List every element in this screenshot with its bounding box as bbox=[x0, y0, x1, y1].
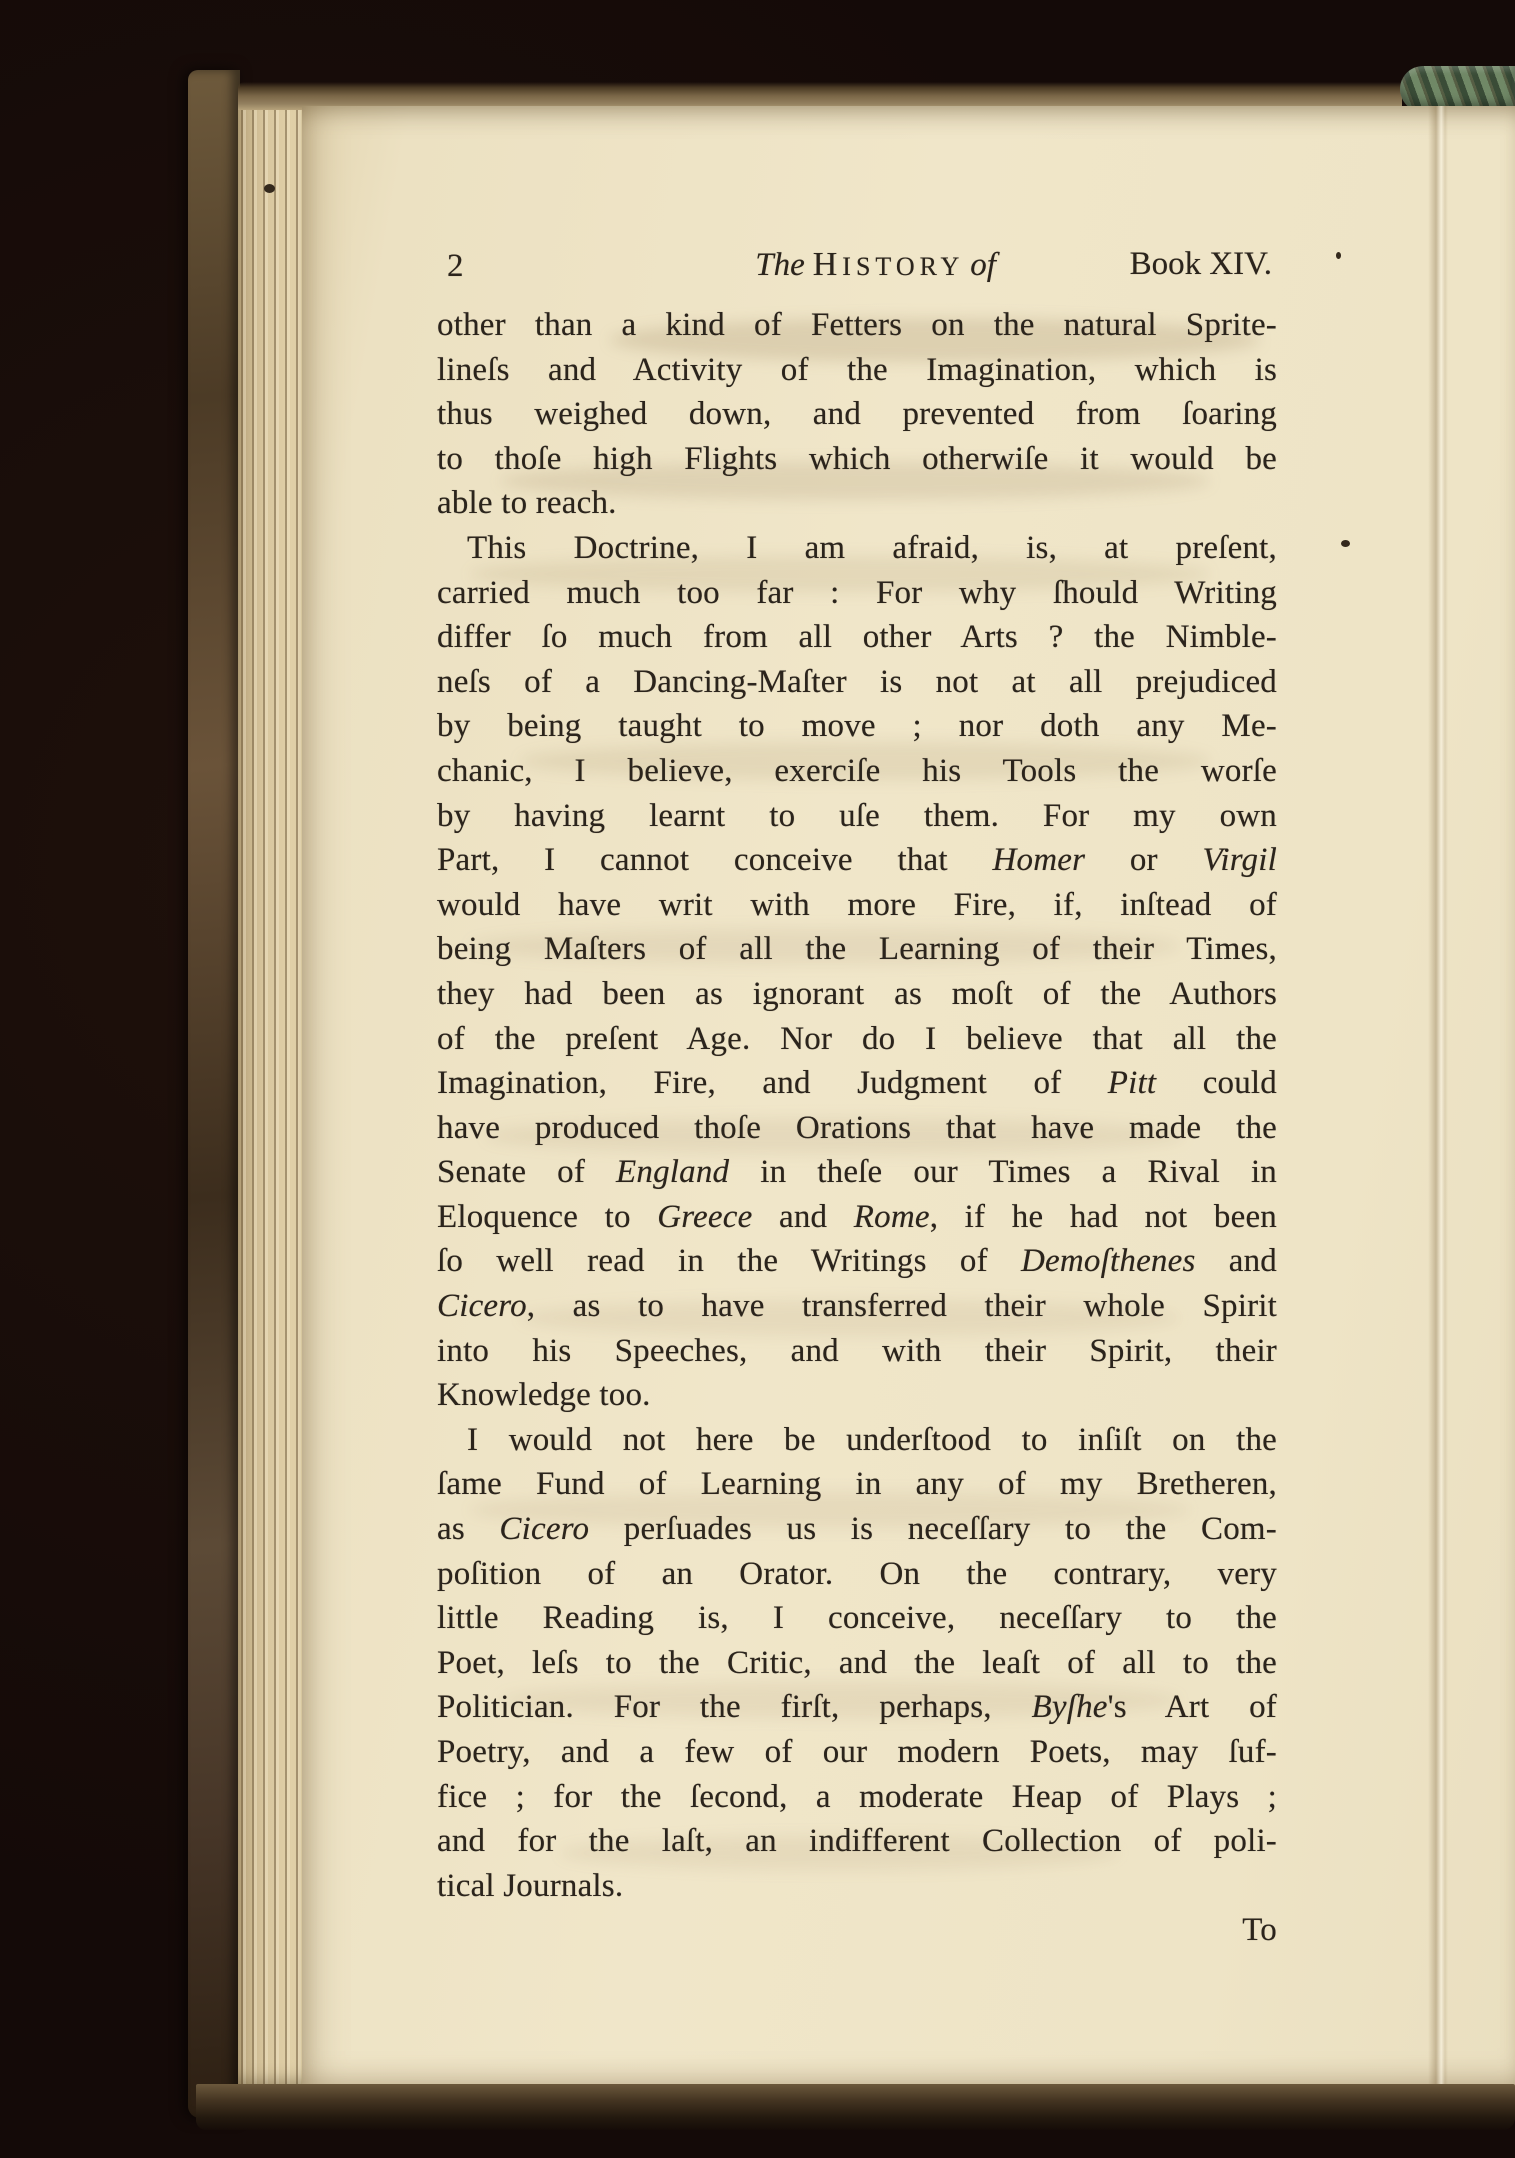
text-line: Senate of England in theſe our Times a R… bbox=[437, 1150, 1277, 1195]
text-line: This Doctrine, I am afraid, is, at preſe… bbox=[437, 526, 1277, 571]
text-segment: to thoſe high Flights which otherwiſe it… bbox=[437, 441, 1277, 477]
italic-text-segment: England bbox=[616, 1154, 729, 1190]
text-segment: chanic, I believe, exerciſe his Tools th… bbox=[437, 753, 1277, 789]
text-segment: 's Art of bbox=[1108, 1689, 1277, 1725]
text-segment: of the preſent Age. Nor do I believe tha… bbox=[437, 1021, 1277, 1057]
text-segment: Eloquence to bbox=[437, 1199, 657, 1235]
text-segment: being Maſters of all the Learning of the… bbox=[437, 931, 1277, 967]
text-segment: perſuades us is neceſſary to the Com- bbox=[589, 1511, 1277, 1547]
text-segment: by being taught to move ; nor doth any M… bbox=[437, 708, 1277, 744]
italic-text-segment: Rome bbox=[854, 1199, 930, 1235]
ink-speck bbox=[1336, 252, 1341, 259]
running-header: 2 TheHISTORYof Book XIV. bbox=[444, 246, 1274, 292]
text-segment: as bbox=[437, 1511, 499, 1547]
text-line: Poetry, and a few of our modern Poets, m… bbox=[437, 1730, 1277, 1775]
text-segment: thus weighed down, and prevented from ſo… bbox=[437, 396, 1277, 432]
text-line: and for the laſt, an indifferent Collect… bbox=[437, 1819, 1277, 1864]
text-segment: carried much too far : For why ſhould Wr… bbox=[437, 575, 1277, 611]
text-segment: Imagination, Fire, and Judgment of bbox=[437, 1065, 1108, 1101]
text-line: differ ſo much from all other Arts ? the… bbox=[437, 615, 1277, 660]
running-title-the: The bbox=[755, 247, 805, 283]
text-line: Knowledge too. bbox=[437, 1373, 1277, 1418]
text-segment: Senate of bbox=[437, 1154, 616, 1190]
text-segment: neſs of a Dancing-Maſter is not at all p… bbox=[437, 664, 1277, 700]
text-segment: they had been as ignorant as moſt of the… bbox=[437, 976, 1277, 1012]
text-line: carried much too far : For why ſhould Wr… bbox=[437, 571, 1277, 616]
text-line: by being taught to move ; nor doth any M… bbox=[437, 704, 1277, 749]
text-segment: could bbox=[1156, 1065, 1277, 1101]
text-line: Eloquence to Greece and Rome, if he had … bbox=[437, 1195, 1277, 1240]
page-crease bbox=[1428, 106, 1448, 2088]
text-segment: and bbox=[1196, 1243, 1278, 1279]
ink-speck bbox=[1341, 540, 1350, 547]
text-line: Politician. For the firſt, perhaps, Byſh… bbox=[437, 1685, 1277, 1730]
text-line: into his Speeches, and with their Spirit… bbox=[437, 1329, 1277, 1374]
book-cover-edge bbox=[188, 70, 240, 2118]
text-segment: little Reading is, I conceive, neceſſary… bbox=[437, 1600, 1277, 1636]
book-number-label: Book XIV. bbox=[1130, 246, 1272, 283]
italic-text-segment: Cicero bbox=[437, 1288, 527, 1324]
text-segment: , if he had not been bbox=[930, 1199, 1277, 1235]
page-stack-edge bbox=[238, 88, 304, 2088]
text-line: ſame Fund of Learning in any of my Breth… bbox=[437, 1462, 1277, 1507]
text-segment: poſition of an Orator. On the contrary, … bbox=[437, 1556, 1277, 1592]
italic-text-segment: Pitt bbox=[1108, 1065, 1156, 1101]
running-title: TheHISTORYof bbox=[755, 246, 996, 284]
text-segment: other than a kind of Fetters on the natu… bbox=[437, 307, 1277, 343]
text-line: lineſs and Activity of the Imagination, … bbox=[437, 348, 1277, 393]
text-line: Part, I cannot conceive that Homer or Vi… bbox=[437, 838, 1277, 883]
text-line: Imagination, Fire, and Judgment of Pitt … bbox=[437, 1061, 1277, 1106]
text-segment: lineſs and Activity of the Imagination, … bbox=[437, 352, 1277, 388]
italic-text-segment: Demoſthenes bbox=[1021, 1243, 1195, 1279]
text-line: ſo well read in the Writings of Demoſthe… bbox=[437, 1239, 1277, 1284]
italic-text-segment: Cicero bbox=[499, 1511, 589, 1547]
text-segment: ſo well read in the Writings of bbox=[437, 1243, 1021, 1279]
text-segment: Poetry, and a few of our modern Poets, m… bbox=[437, 1734, 1277, 1770]
italic-text-segment: Homer bbox=[992, 842, 1085, 878]
text-segment: in theſe our Times a Rival in bbox=[729, 1154, 1277, 1190]
text-line: I would not here be underſtood to inſiſt… bbox=[437, 1418, 1277, 1463]
text-line: thus weighed down, and prevented from ſo… bbox=[437, 392, 1277, 437]
text-segment: differ ſo much from all other Arts ? the… bbox=[437, 619, 1277, 655]
text-line: little Reading is, I conceive, neceſſary… bbox=[437, 1596, 1277, 1641]
text-line: by having learnt to uſe them. For my own bbox=[437, 794, 1277, 839]
italic-text-segment: Byſhe bbox=[1032, 1689, 1108, 1725]
page-number: 2 bbox=[447, 248, 464, 285]
text-line: as Cicero perſuades us is neceſſary to t… bbox=[437, 1507, 1277, 1552]
body-text: other than a kind of Fetters on the natu… bbox=[437, 303, 1277, 1953]
text-line: able to reach. bbox=[437, 481, 1277, 526]
text-line: of the preſent Age. Nor do I believe tha… bbox=[437, 1017, 1277, 1062]
text-segment: Politician. For the firſt, perhaps, bbox=[437, 1689, 1032, 1725]
ink-speck bbox=[264, 184, 275, 193]
text-line: Cicero, as to have transferred their who… bbox=[437, 1284, 1277, 1329]
text-line: being Maſters of all the Learning of the… bbox=[437, 927, 1277, 972]
text-segment: fice ; for the ſecond, a moderate Heap o… bbox=[437, 1779, 1277, 1815]
text-line: to thoſe high Flights which otherwiſe it… bbox=[437, 437, 1277, 482]
text-segment: This Doctrine, I am afraid, is, at preſe… bbox=[467, 530, 1277, 566]
text-line: they had been as ignorant as moſt of the… bbox=[437, 972, 1277, 1017]
catchword: To bbox=[437, 1908, 1277, 1953]
text-line: other than a kind of Fetters on the natu… bbox=[437, 303, 1277, 348]
text-segment: , as to have transferred their whole Spi… bbox=[527, 1288, 1277, 1324]
italic-text-segment: Greece bbox=[657, 1199, 752, 1235]
text-segment: and bbox=[752, 1199, 853, 1235]
text-line: would have writ with more Fire, if, inſt… bbox=[437, 883, 1277, 928]
text-line: poſition of an Orator. On the contrary, … bbox=[437, 1552, 1277, 1597]
text-segment: have produced thoſe Orations that have m… bbox=[437, 1110, 1277, 1146]
text-line: fice ; for the ſecond, a moderate Heap o… bbox=[437, 1775, 1277, 1820]
text-line: chanic, I believe, exerciſe his Tools th… bbox=[437, 749, 1277, 794]
text-segment: ſame Fund of Learning in any of my Breth… bbox=[437, 1466, 1277, 1502]
text-line: have produced thoſe Orations that have m… bbox=[437, 1106, 1277, 1151]
text-segment: I would not here be underſtood to inſiſt… bbox=[467, 1422, 1277, 1458]
text-segment: would have writ with more Fire, if, inſt… bbox=[437, 887, 1277, 923]
text-segment: Poet, leſs to the Critic, and the leaſt … bbox=[437, 1645, 1277, 1681]
text-segment: Part, I cannot conceive that bbox=[437, 842, 992, 878]
italic-text-segment: Virgil bbox=[1202, 842, 1277, 878]
running-title-history: HISTORY bbox=[813, 246, 965, 284]
book-scan-scene: 2 TheHISTORYof Book XIV. other than a ki… bbox=[0, 0, 1515, 2158]
text-segment: or bbox=[1085, 842, 1202, 878]
text-segment: by having learnt to uſe them. For my own bbox=[437, 798, 1277, 834]
text-segment: into his Speeches, and with their Spirit… bbox=[437, 1333, 1277, 1369]
text-segment: able to reach. bbox=[437, 485, 617, 521]
running-title-of: of bbox=[970, 247, 996, 283]
page-bottom-edge bbox=[196, 2084, 1515, 2130]
text-segment: and for the laſt, an indifferent Collect… bbox=[437, 1823, 1277, 1859]
text-line: Poet, leſs to the Critic, and the leaſt … bbox=[437, 1641, 1277, 1686]
text-segment: Knowledge too. bbox=[437, 1377, 651, 1413]
text-segment: tical Journals. bbox=[437, 1868, 623, 1904]
text-line: tical Journals. bbox=[437, 1864, 1277, 1909]
text-line: neſs of a Dancing-Maſter is not at all p… bbox=[437, 660, 1277, 705]
